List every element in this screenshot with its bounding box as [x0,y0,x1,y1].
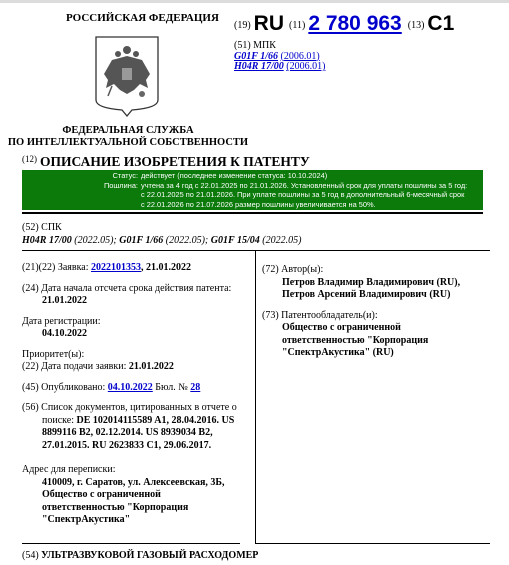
address-block: Адрес для переписки: 410009, г. Саратов,… [22,464,252,527]
mpk-version-link[interactable]: (2006.01) [281,51,320,62]
application-number-link[interactable]: 2022101353 [91,262,141,273]
registration-block: Дата регистрации: 04.10.2022 [22,316,252,341]
agency-line-2: ПО ИНТЕЛЛЕКТУАЛЬНОЙ СОБСТВЕННОСТИ [0,137,256,149]
address-line: ответственностью "Корпорация [22,502,252,515]
bulletin-label: Бюл. № [155,382,188,393]
agency-line-1: ФЕДЕРАЛЬНАЯ СЛУЖБА [0,125,256,137]
priority-filing-value: 21.01.2022 [129,361,174,372]
country-code: RU [254,12,284,36]
address-line: Общество с ограниченной [22,489,252,502]
priority-filing-label: (22) Дата подачи заявки: [22,361,126,372]
table-border-bottom [255,543,490,544]
patent-number-header: (19) RU (11) 2 780 963 (13) C1 [234,12,454,36]
published-label: (45) Опубликовано: [22,382,105,393]
authors-block: (72) Автор(ы): Петров Владимир Владимиро… [262,264,492,302]
patent-number-link[interactable]: 2 780 963 [308,12,401,36]
top-border [0,0,509,3]
status-label: Статус: [22,171,141,181]
fee-label: Пошлина: [22,181,141,191]
agency-name: ФЕДЕРАЛЬНАЯ СЛУЖБА ПО ИНТЕЛЛЕКТУАЛЬНОЙ С… [0,125,256,149]
term-start-block: (24) Дата начала отсчета срока действия … [22,283,252,308]
holder-line: "СпектрАкустика" (RU) [262,347,492,360]
author-name: Петров Владимир Владимирович (RU), [262,277,492,290]
priority-label: Приоритет(ы): [22,349,252,362]
address-label: Адрес для переписки: [22,464,252,477]
cited-documents-block: (56) Список документов, цитированных в о… [22,402,252,452]
spk-version: (2022.05); [166,235,209,246]
kind-code: C1 [427,12,454,36]
country-name: РОССИЙСКАЯ ФЕДЕРАЦИЯ [66,12,219,24]
holder-line: Общество с ограниченной [262,322,492,335]
term-start-value: 21.01.2022 [22,295,252,308]
author-name: Петров Арсений Владимирович (RU) [262,289,492,302]
invention-title-text: УЛЬТРАЗВУКОВОЙ ГАЗОВЫЙ РАСХОДОМЕР [41,550,258,561]
code-19: (19) [234,20,251,31]
spk-version: (2022.05) [262,235,301,246]
address-line: "СпектрАкустика" [22,514,252,527]
published-block: (45) Опубликовано: 04.10.2022 Бюл. № 28 [22,382,252,395]
priority-block: Приоритет(ы): (22) Дата подачи заявки: 2… [22,349,252,374]
application-date: , 21.01.2022 [141,262,191,273]
registration-label: Дата регистрации: [22,316,252,329]
authors-label: (72) Автор(ы): [262,264,492,277]
invention-title: (54) УЛЬТРАЗВУКОВОЙ ГАЗОВЫЙ РАСХОДОМЕР [22,550,258,561]
registration-value: 04.10.2022 [22,328,252,341]
fee-line: с 22.01.2026 по 21.07.2026 размер пошлин… [141,200,376,210]
application-label: (21)(22) Заявка: [22,262,89,273]
published-date-link[interactable]: 04.10.2022 [108,382,153,393]
mpk-section: (51) МПК G01F 1/66 (2006.01) H04R 17/00 … [234,41,325,73]
spk-code: G01F 1/66 [119,235,163,246]
mpk-code-link[interactable]: G01F 1/66 [234,51,278,62]
column-divider [255,250,256,543]
spk-code: H04R 17/00 [22,235,72,246]
application-block: (21)(22) Заявка: 2022101353, 21.01.2022 [22,262,252,275]
mpk-version-link[interactable]: (2006.01) [286,61,325,72]
holders-block: (73) Патентообладатель(и): Общество с ог… [262,310,492,360]
left-column: (21)(22) Заявка: 2022101353, 21.01.2022 … [22,262,252,535]
status-box: Статус: действует (последнее изменение с… [22,170,483,210]
coat-of-arms-icon [92,34,162,118]
spk-code: G01F 15/04 [211,235,260,246]
holder-line: ответственностью "Корпорация [262,335,492,348]
title-text: ОПИСАНИЕ ИЗОБРЕТЕНИЯ К ПАТЕНТУ [40,154,310,169]
code-11: (11) [289,20,305,31]
code-13: (13) [408,20,425,31]
term-start-label: (24) Дата начала отсчета срока действия … [22,283,252,296]
spk-version: (2022.05); [74,235,117,246]
code-54: (54) [22,550,39,561]
spk-label: (52) СПК [22,221,301,234]
holders-label: (73) Патентообладатель(и): [262,310,492,323]
code-12: (12) [22,154,37,164]
status-value: действует (последнее изменение статуса: … [141,171,327,181]
divider [22,212,483,214]
right-column: (72) Автор(ы): Петров Владимир Владимиро… [262,264,492,368]
bulletin-number-link[interactable]: 28 [190,382,200,393]
address-line: 410009, г. Саратов, ул. Алексеевская, 3Б… [22,477,252,490]
table-border-top [22,250,490,251]
mpk-code-link[interactable]: H04R 17/00 [234,61,284,72]
table-border-bottom [22,543,240,544]
spk-section: (52) СПК H04R 17/00 (2022.05); G01F 1/66… [22,221,301,247]
fee-line: учтена за 4 год с 22.01.2025 по 21.01.20… [141,181,467,191]
fee-line: с 22.01.2025 по 21.01.2026. При уплате п… [141,190,464,200]
document-title: (12)ОПИСАНИЕ ИЗОБРЕТЕНИЯ К ПАТЕНТУ [22,154,310,170]
